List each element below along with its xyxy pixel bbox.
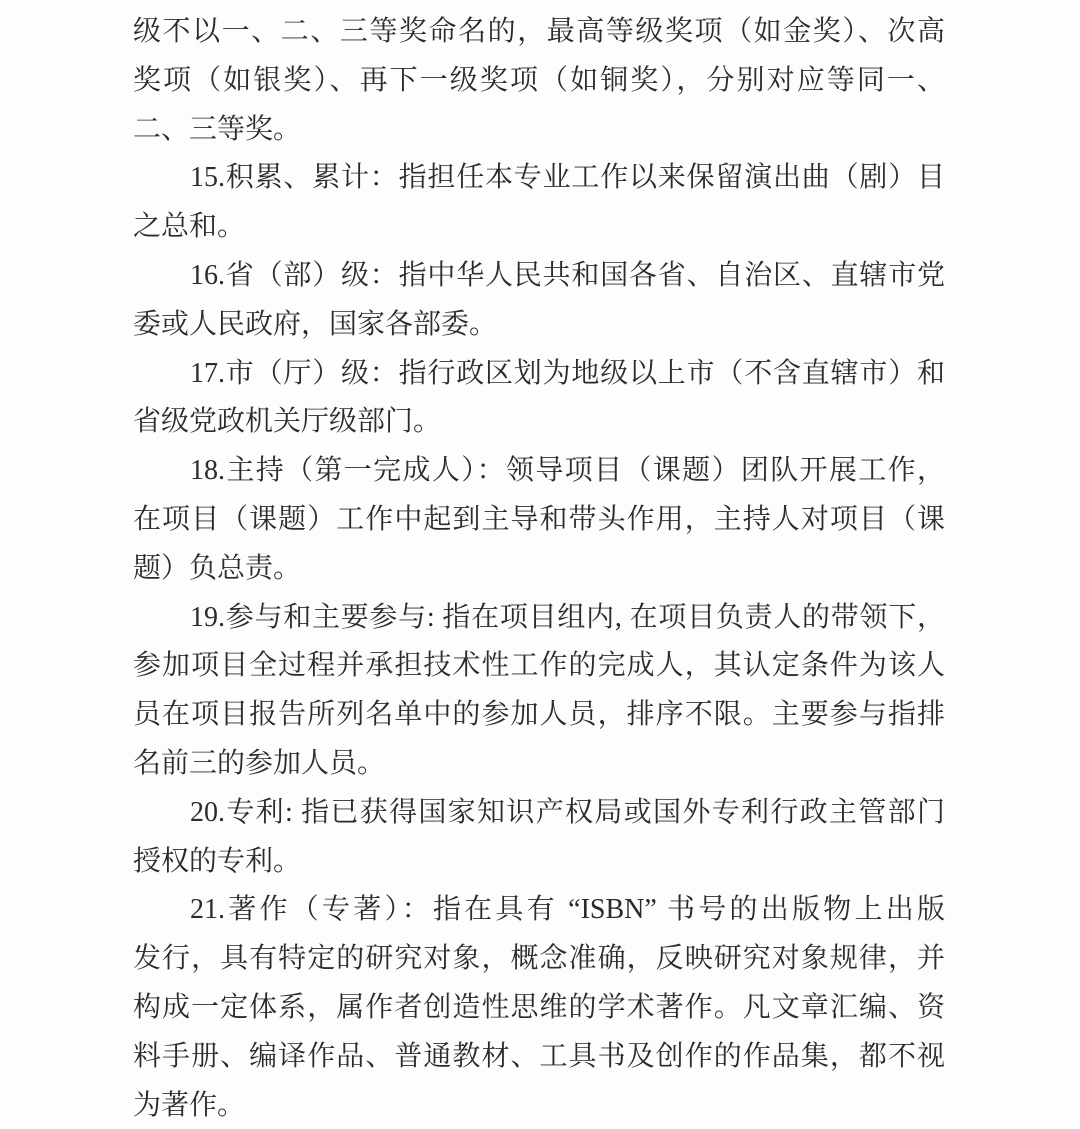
- document-line: 在项目（课题）工作中起到主导和带头作用，主持人对项目（课: [133, 496, 945, 545]
- document-line: 20.专利: 指已获得国家知识产权局或国外专利行政主管部门: [133, 789, 945, 838]
- document-line: 18.主持（第一完成人）：领导项目（课题）团队开展工作，: [133, 447, 945, 496]
- document-line: 级不以一、二、三等奖命名的，最高等级奖项（如金奖）、次高: [133, 8, 945, 57]
- document-line: 委或人民政府，国家各部委。: [133, 301, 945, 350]
- document-line: 构成一定体系，属作者创造性思维的学术著作。凡文章汇编、资: [133, 984, 945, 1033]
- document-line: 授权的专利。: [133, 838, 945, 887]
- document-line: 二、三等奖。: [133, 106, 945, 155]
- document-line: 之总和。: [133, 203, 945, 252]
- document-line: 15.积累、累计：指担任本专业工作以来保留演出曲（剧）目: [133, 154, 945, 203]
- document-line: 16.省（部）级：指中华人民共和国各省、自治区、直辖市党: [133, 252, 945, 301]
- document-line: 为著作。: [133, 1082, 945, 1129]
- document-line: 17.市（厅）级：指行政区划为地级以上市（不含直辖市）和: [133, 350, 945, 399]
- document-line: 省级党政机关厅级部门。: [133, 398, 945, 447]
- document-page: 级不以一、二、三等奖命名的，最高等级奖项（如金奖）、次高奖项（如银奖）、再下一级…: [0, 0, 1080, 1129]
- document-line: 发行，具有特定的研究对象，概念准确，反映研究对象规律，并: [133, 935, 945, 984]
- document-text: 级不以一、二、三等奖命名的，最高等级奖项（如金奖）、次高奖项（如银奖）、再下一级…: [133, 8, 945, 1129]
- document-line: 料手册、编译作品、普通教材、工具书及创作的作品集，都不视: [133, 1033, 945, 1082]
- document-line: 参加项目全过程并承担技术性工作的完成人，其认定条件为该人: [133, 642, 945, 691]
- document-line: 21.著作（专著）：指在具有 “ISBN” 书号的出版物上出版: [133, 886, 945, 935]
- document-line: 奖项（如银奖）、再下一级奖项（如铜奖），分别对应等同一、: [133, 57, 945, 106]
- document-line: 19.参与和主要参与: 指在项目组内, 在项目负责人的带领下，: [133, 594, 945, 643]
- document-line: 名前三的参加人员。: [133, 740, 945, 789]
- document-line: 题）负总责。: [133, 545, 945, 594]
- document-line: 员在项目报告所列名单中的参加人员，排序不限。主要参与指排: [133, 691, 945, 740]
